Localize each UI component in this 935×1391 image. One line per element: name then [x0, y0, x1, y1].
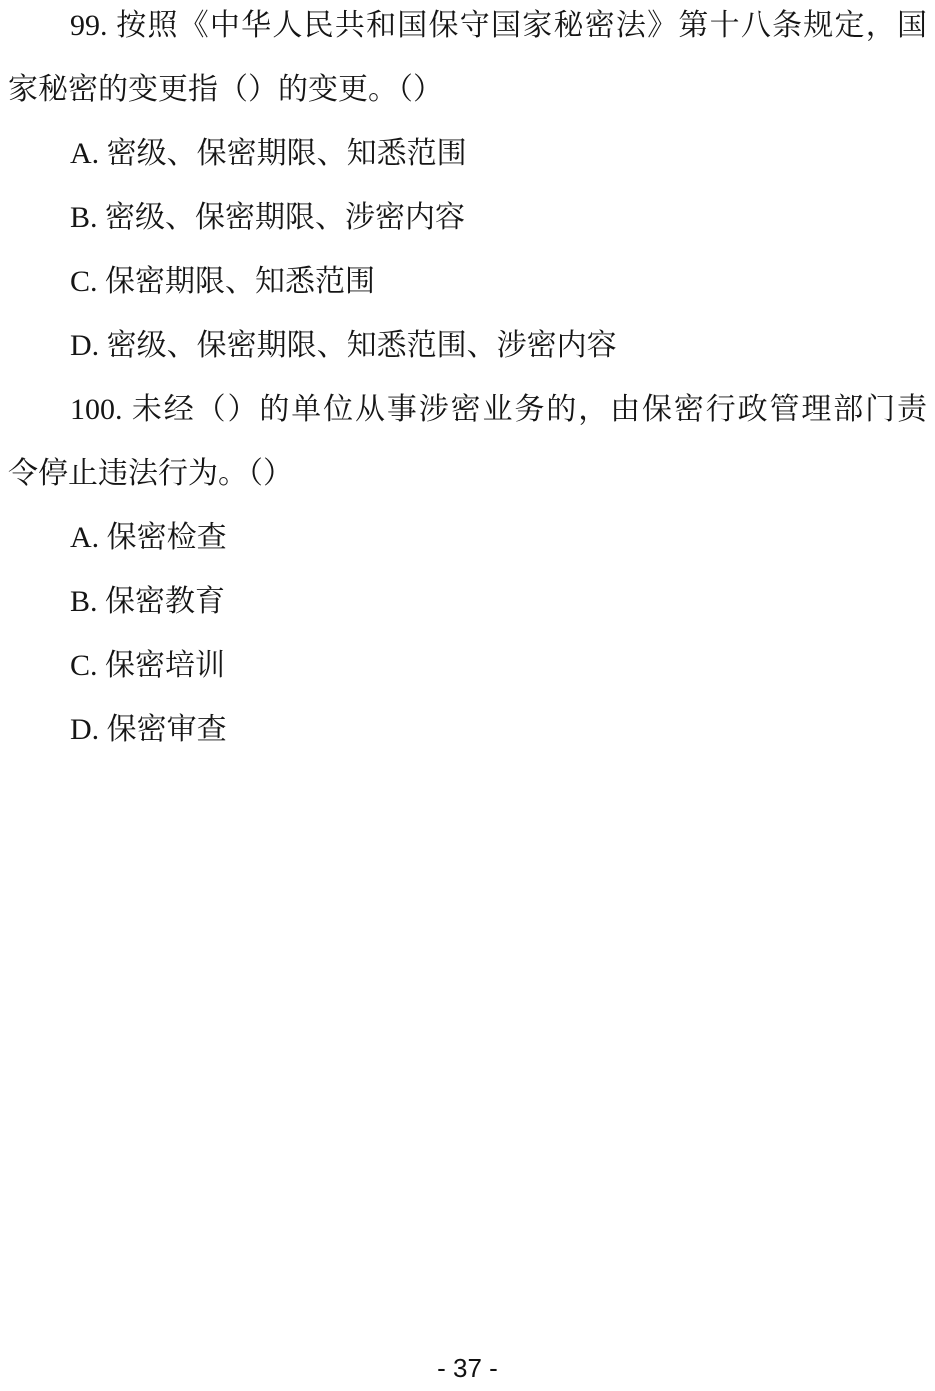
question-100-stem-line-1: 100. 未经（）的单位从事涉密业务的，由保密行政管理部门责	[8, 378, 927, 442]
questions-area: 99. 按照《中华人民共和国保守国家秘密法》第十八条规定，国 家秘密的变更指（）…	[8, 0, 927, 762]
page-number: - 37 -	[437, 1353, 498, 1383]
question-99-option-d: D. 密级、保密期限、知悉范围、涉密内容	[8, 314, 927, 378]
question-99-option-a: A. 密级、保密期限、知悉范围	[8, 122, 927, 186]
question-99-stem-line-1: 99. 按照《中华人民共和国保守国家秘密法》第十八条规定，国	[8, 0, 927, 58]
question-100-option-d: D. 保密审查	[8, 698, 927, 762]
question-100-option-c: C. 保密培训	[8, 634, 927, 698]
question-99-option-c: C. 保密期限、知悉范围	[8, 250, 927, 314]
page-footer: - 37 -	[0, 1353, 935, 1383]
question-99-stem-line-2: 家秘密的变更指（）的变更。（）	[8, 58, 927, 122]
question-100-option-b: B. 保密教育	[8, 570, 927, 634]
document-page: 99. 按照《中华人民共和国保守国家秘密法》第十八条规定，国 家秘密的变更指（）…	[0, 0, 935, 1391]
question-100-option-a: A. 保密检查	[8, 506, 927, 570]
question-99-option-b: B. 密级、保密期限、涉密内容	[8, 186, 927, 250]
question-100-stem-line-2: 令停止违法行为。（）	[8, 442, 927, 506]
